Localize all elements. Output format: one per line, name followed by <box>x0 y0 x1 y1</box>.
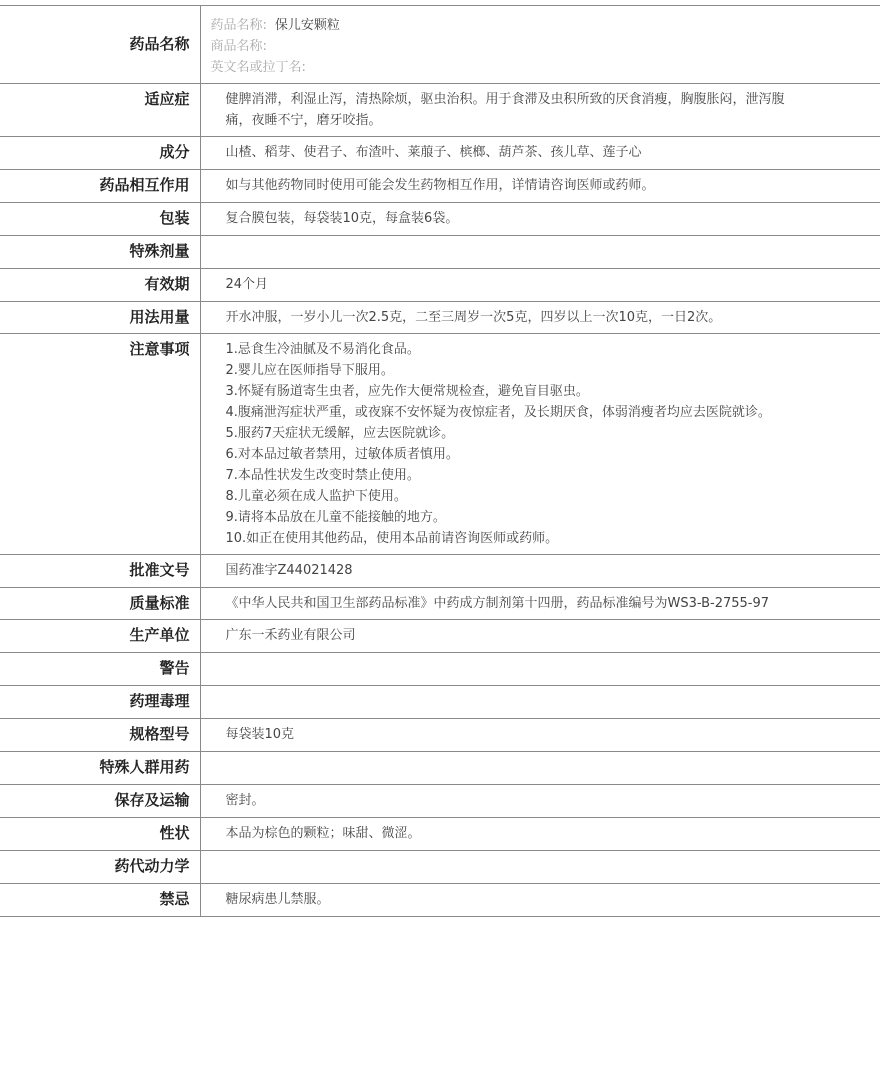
row-pharmacokinetics: 药代动力学 <box>0 851 880 884</box>
trade-name-line: 商品名称: <box>211 36 796 57</box>
row-value: 广东一禾药业有限公司 <box>200 620 880 653</box>
row-label: 质量标准 <box>0 588 200 620</box>
list-item: 7.本品性状发生改变时禁止使用。 <box>226 465 776 486</box>
row-appearance: 性状 本品为棕色的颗粒；味甜、微涩。 <box>0 818 880 851</box>
row-value <box>200 752 880 785</box>
row-value: 《中华人民共和国卫生部药品标准》中药成方制剂第十四册，药品标准编号为WS3-B-… <box>200 588 880 620</box>
row-label: 特殊剂量 <box>0 236 200 269</box>
row-value: 密封。 <box>200 785 880 818</box>
list-item: 2.婴儿应在医师指导下服用。 <box>226 360 776 381</box>
generic-name-line: 药品名称:保儿安颗粒 <box>211 15 796 36</box>
row-value: 24个月 <box>200 269 880 302</box>
english-name-label: 英文名或拉丁名: <box>211 60 306 75</box>
row-manufacturer: 生产单位 广东一禾药业有限公司 <box>0 620 880 653</box>
row-label: 药代动力学 <box>0 851 200 884</box>
precautions-list-cell: 1.忌食生冷油腻及不易消化食品。 2.婴儿应在医师指导下服用。 3.怀疑有肠道寄… <box>200 334 880 555</box>
row-value <box>200 236 880 269</box>
row-contraindications: 禁忌 糖尿病患儿禁服。 <box>0 884 880 917</box>
generic-name-value: 保儿安颗粒 <box>275 18 340 33</box>
row-value: 复合膜包装，每袋装10克，每盒装6袋。 <box>200 203 880 236</box>
row-dosage: 用法用量 开水冲服，一岁小儿一次2.5克，二至三周岁一次5克，四岁以上一次10克… <box>0 302 880 334</box>
row-label: 适应症 <box>0 84 200 137</box>
row-label: 生产单位 <box>0 620 200 653</box>
row-value: 健脾消滞，利湿止泻，清热除烦，驱虫治积。用于食滞及虫积所致的厌食消瘦，胸腹胀闷，… <box>200 84 880 137</box>
row-value: 如与其他药物同时使用可能会发生药物相互作用，详情请咨询医师或药师。 <box>200 170 880 203</box>
row-packaging: 包装 复合膜包装，每袋装10克，每盒装6袋。 <box>0 203 880 236</box>
row-value <box>200 851 880 884</box>
row-value: 每袋装10克 <box>200 719 880 752</box>
row-pharmacology: 药理毒理 <box>0 686 880 719</box>
name-block: 药品名称:保儿安颗粒 商品名称: 英文名或拉丁名: <box>200 6 880 84</box>
row-warning: 警告 <box>0 653 880 686</box>
row-label: 成分 <box>0 137 200 170</box>
row-value: 山楂、稻芽、使君子、布渣叶、莱菔子、槟榔、葫芦茶、孩儿草、莲子心 <box>200 137 880 170</box>
list-item: 5.服药7天症状无缓解，应去医院就诊。 <box>226 423 776 444</box>
row-label: 禁忌 <box>0 884 200 917</box>
row-value: 开水冲服，一岁小儿一次2.5克，二至三周岁一次5克，四岁以上一次10克，一日2次… <box>200 302 880 334</box>
row-value <box>200 653 880 686</box>
row-label: 警告 <box>0 653 200 686</box>
generic-name-label: 药品名称: <box>211 18 267 33</box>
row-label: 规格型号 <box>0 719 200 752</box>
row-quality-standard: 质量标准 《中华人民共和国卫生部药品标准》中药成方制剂第十四册，药品标准编号为W… <box>0 588 880 620</box>
row-label: 用法用量 <box>0 302 200 334</box>
row-label: 药品相互作用 <box>0 170 200 203</box>
list-item: 3.怀疑有肠道寄生虫者，应先作大便常规检查，避免盲目驱虫。 <box>226 381 776 402</box>
row-label: 性状 <box>0 818 200 851</box>
row-special-dosage: 特殊剂量 <box>0 236 880 269</box>
row-label: 药品名称 <box>0 6 200 84</box>
row-storage: 保存及运输 密封。 <box>0 785 880 818</box>
list-item: 1.忌食生冷油腻及不易消化食品。 <box>226 339 776 360</box>
list-item: 9.请将本品放在儿童不能接触的地方。 <box>226 507 776 528</box>
row-specification: 规格型号 每袋装10克 <box>0 719 880 752</box>
drug-spec-table: 药品名称 药品名称:保儿安颗粒 商品名称: 英文名或拉丁名: 适应症 健脾消滞，… <box>0 5 880 917</box>
row-value <box>200 686 880 719</box>
row-value: 本品为棕色的颗粒；味甜、微涩。 <box>200 818 880 851</box>
list-item: 6.对本品过敏者禁用，过敏体质者慎用。 <box>226 444 776 465</box>
list-item: 8.儿童必须在成人监护下使用。 <box>226 486 776 507</box>
row-label: 批准文号 <box>0 555 200 588</box>
list-item: 4.腹痛泄泻症状严重，或夜寐不安怀疑为夜惊症者，及长期厌食，体弱消瘦者均应去医院… <box>226 402 776 423</box>
row-approval-number: 批准文号 国药准字Z44021428 <box>0 555 880 588</box>
row-label: 有效期 <box>0 269 200 302</box>
row-label: 特殊人群用药 <box>0 752 200 785</box>
row-ingredients: 成分 山楂、稻芽、使君子、布渣叶、莱菔子、槟榔、葫芦茶、孩儿草、莲子心 <box>0 137 880 170</box>
row-value: 糖尿病患儿禁服。 <box>200 884 880 917</box>
row-label: 药理毒理 <box>0 686 200 719</box>
trade-name-label: 商品名称: <box>211 39 267 54</box>
row-precautions: 注意事项 1.忌食生冷油腻及不易消化食品。 2.婴儿应在医师指导下服用。 3.怀… <box>0 334 880 555</box>
row-value: 国药准字Z44021428 <box>200 555 880 588</box>
english-name-line: 英文名或拉丁名: <box>211 57 796 78</box>
row-label: 注意事项 <box>0 334 200 555</box>
row-interactions: 药品相互作用 如与其他药物同时使用可能会发生药物相互作用，详情请咨询医师或药师。 <box>0 170 880 203</box>
row-drug-name: 药品名称 药品名称:保儿安颗粒 商品名称: 英文名或拉丁名: <box>0 6 880 84</box>
row-special-populations: 特殊人群用药 <box>0 752 880 785</box>
row-label: 包装 <box>0 203 200 236</box>
precautions-list: 1.忌食生冷油腻及不易消化食品。 2.婴儿应在医师指导下服用。 3.怀疑有肠道寄… <box>226 339 776 549</box>
row-indications: 适应症 健脾消滞，利湿止泻，清热除烦，驱虫治积。用于食滞及虫积所致的厌食消瘦，胸… <box>0 84 880 137</box>
list-item: 10.如正在使用其他药品，使用本品前请咨询医师或药师。 <box>226 528 776 549</box>
row-shelf-life: 有效期 24个月 <box>0 269 880 302</box>
row-label: 保存及运输 <box>0 785 200 818</box>
